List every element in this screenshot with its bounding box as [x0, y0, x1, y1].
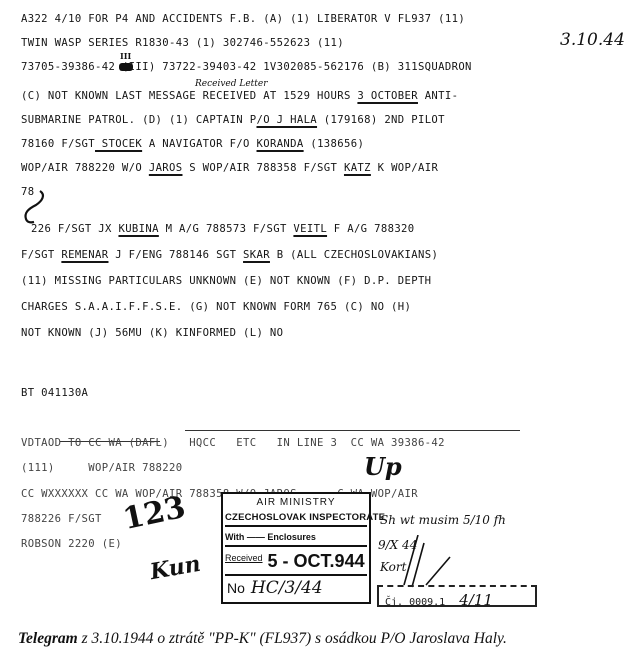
handwritten-annotation-received: Received Letter	[195, 79, 268, 89]
text-segment: 226 F/SGT JX	[31, 223, 118, 235]
underlined-name-koranda: KORANDA	[257, 138, 304, 150]
stamp-received: Received 5 - OCT.944	[225, 551, 367, 576]
underlined-name-skar: SKAR	[243, 249, 270, 261]
underlined-name-katz: KATZ	[344, 162, 371, 174]
telegram-line-11: (11) MISSING PARTICULARS UNKNOWN (E) NOT…	[21, 275, 431, 287]
stamp-received-date: 5 - OCT.944	[268, 551, 365, 571]
bt-timestamp: BT 041130A	[21, 387, 88, 399]
reference-hand-value: 4/11	[459, 591, 493, 609]
handwritten-signature-mark: Up	[364, 452, 402, 481]
text-segment: WOP/AIR 788220 W/O	[21, 162, 149, 174]
underlined-name-veitl: VEITL	[293, 223, 327, 235]
text-segment: 78160 F/SGT	[21, 138, 95, 150]
text-segment: J F/ENG 788146 SGT	[108, 249, 243, 261]
handwritten-note: Sh wt musim 5/10 fh	[380, 513, 506, 527]
reference-box: Čj. 0009.1 4/11	[377, 585, 537, 607]
text-segment: M A/G 788573 F/SGT	[159, 223, 294, 235]
stamp-header: AIR MINISTRY	[223, 497, 369, 508]
text-segment: F/SGT	[21, 249, 61, 261]
text-segment: S WOP/AIR 788358 F/SGT	[182, 162, 343, 174]
underlined-name-kubina: KUBINA	[118, 223, 158, 235]
telegram-line-4: (C) NOT KNOWN LAST MESSAGE RECEIVED AT 1…	[21, 90, 458, 102]
telegram-line-3: 73705-39386-42 (III) 73722-39403-42 1V30…	[21, 61, 472, 73]
redaction-mark	[119, 63, 133, 71]
correction-line-1: VDTAOD TO CC WA (DAFL) HQCC ETC IN LINE …	[21, 437, 445, 449]
correction-line-4: 788226 F/SGT	[21, 513, 102, 525]
telegram-line-7: WOP/AIR 788220 W/O JAROS S WOP/AIR 78835…	[21, 162, 438, 174]
text-segment: ANTI-	[418, 90, 458, 102]
text-segment: (138656)	[304, 138, 365, 150]
reference-number: Čj. 0009.1	[385, 597, 445, 608]
telegram-line-10: F/SGT REMENAR J F/ENG 788146 SGT SKAR B …	[21, 249, 438, 261]
underlined-name-remenar: REMENAR	[61, 249, 108, 261]
telegram-line-5: SUBMARINE PATROL. (D) (1) CAPTAIN P/O J …	[21, 114, 445, 126]
text-segment: F A/G 788320	[327, 223, 414, 235]
stamp-inspectorate: CZECHOSLOVAK INSPECTORATE	[225, 512, 367, 527]
underlined-date: 3 OCTOBER	[357, 90, 418, 102]
correction-line-5: ROBSON 2220 (E)	[21, 538, 122, 550]
telegram-line-9: 226 F/SGT JX KUBINA M A/G 788573 F/SGT V…	[31, 223, 415, 235]
telegram-line-13: NOT KNOWN (J) 56MU (K) KINFORMED (L) NO	[21, 327, 283, 339]
telegram-line-2: TWIN WASP SERIES R1830-43 (1) 302746-552…	[21, 37, 344, 49]
caption-bold: Telegram	[18, 630, 78, 647]
text-segment: A NAVIGATOR F/O	[142, 138, 256, 150]
text-segment: K WOP/AIR	[371, 162, 438, 174]
stamp-number-label: No	[227, 580, 245, 596]
telegram-line-1: A322 4/10 FOR P4 AND ACCIDENTS F.B. (A) …	[21, 13, 465, 25]
air-ministry-stamp: AIR MINISTRY CZECHOSLOVAK INSPECTORATE W…	[221, 492, 371, 604]
underlined-name-jaros: JAROS	[149, 162, 183, 174]
text-segment: (179168) 2ND PILOT	[317, 114, 445, 126]
text-segment: SUBMARINE PATROL. (D) (1) CAPTAIN P	[21, 114, 256, 126]
text-segment: (C) NOT KNOWN LAST MESSAGE RECEIVED AT 1…	[21, 90, 357, 102]
stamp-number: NoHC/3/44	[227, 578, 323, 598]
underlined-name-stocek: STOCEK	[95, 138, 142, 150]
figure-caption: Telegram z 3.10.1944 o ztrátě "PP-K" (FL…	[18, 630, 507, 648]
caption-text: z 3.10.1944 o ztrátě "PP-K" (FL937) s os…	[78, 630, 507, 647]
handwritten-slash-strokes-icon	[400, 535, 460, 590]
telegram-line-6: 78160 F/SGT STOCEK A NAVIGATOR F/O KORAN…	[21, 138, 364, 150]
handwritten-initials: Kun	[148, 551, 202, 585]
correction-line-2: (111) WOP/AIR 788220	[21, 462, 182, 474]
stamp-enclosures: With —— Enclosures	[225, 532, 367, 547]
stamp-number-value: HC/3/44	[251, 578, 323, 598]
handwritten-insert-roman: III	[120, 51, 131, 61]
text-segment: B (ALL CZECHOSLOVAKIANS)	[270, 249, 438, 261]
overline-rule	[185, 430, 520, 431]
stamp-received-label: Received	[225, 553, 263, 563]
telegram-line-12: CHARGES S.A.A.I.F.F.S.E. (G) NOT KNOWN F…	[21, 301, 411, 313]
underlined-name-hala: /O J HALA	[256, 114, 317, 126]
handwritten-date-margin: 3.10.44	[560, 30, 625, 50]
